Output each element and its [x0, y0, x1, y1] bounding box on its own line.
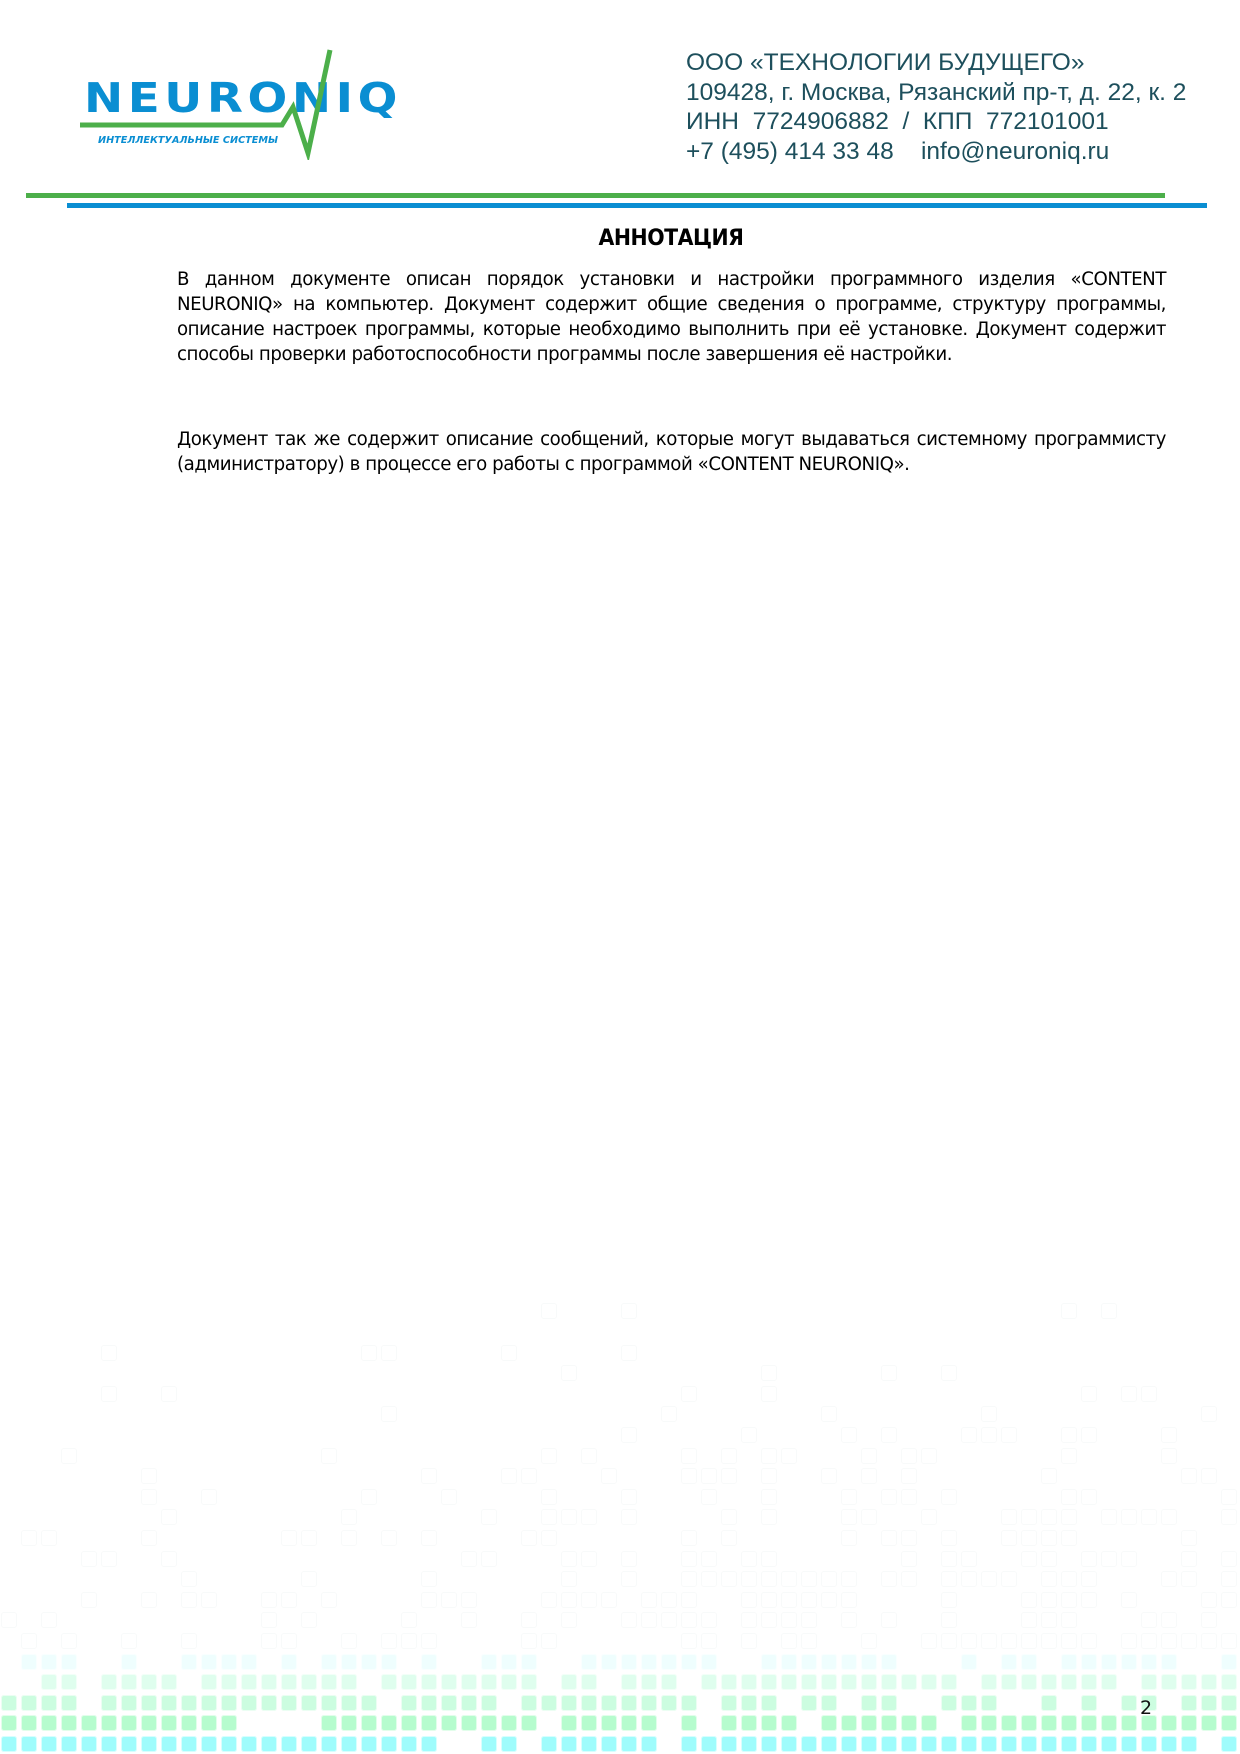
pattern-cell	[1221, 1633, 1237, 1649]
pattern-cell	[961, 1571, 977, 1587]
pattern-cell	[881, 1654, 897, 1670]
pattern-cell	[321, 1695, 337, 1711]
pattern-cell	[1101, 1654, 1117, 1670]
pattern-cell	[821, 1715, 837, 1731]
pattern-cell	[881, 1715, 897, 1731]
pattern-cell	[561, 1612, 577, 1628]
pattern-cell	[561, 1509, 577, 1525]
pattern-cell	[1121, 1736, 1137, 1752]
pattern-cell	[541, 1530, 557, 1546]
pattern-cell	[1121, 1654, 1137, 1670]
pattern-cell	[561, 1736, 577, 1752]
pattern-cell	[1061, 1509, 1077, 1525]
pattern-cell	[1161, 1674, 1177, 1690]
pattern-cell	[1221, 1736, 1237, 1752]
pattern-cell	[381, 1674, 397, 1690]
pattern-cell	[381, 1654, 397, 1670]
pattern-cell	[341, 1509, 357, 1525]
pattern-cell	[461, 1551, 477, 1567]
pattern-cell	[181, 1695, 197, 1711]
pattern-cell	[881, 1530, 897, 1546]
pattern-cell	[741, 1427, 757, 1443]
pattern-cell	[861, 1674, 877, 1690]
pattern-cell	[1041, 1715, 1057, 1731]
pattern-cell	[961, 1551, 977, 1567]
pattern-cell	[641, 1736, 657, 1752]
pattern-cell	[721, 1509, 737, 1525]
pattern-cell	[1181, 1530, 1197, 1546]
pattern-cell	[181, 1633, 197, 1649]
pattern-cell	[461, 1612, 477, 1628]
pattern-cell	[21, 1633, 37, 1649]
pattern-cell	[1161, 1448, 1177, 1464]
pattern-cell	[341, 1695, 357, 1711]
pattern-cell	[1161, 1571, 1177, 1587]
pattern-cell	[961, 1654, 977, 1670]
pattern-cell	[421, 1736, 437, 1752]
pattern-cell	[1141, 1736, 1157, 1752]
pattern-cell	[781, 1654, 797, 1670]
pattern-cell	[541, 1509, 557, 1525]
pattern-cell	[781, 1448, 797, 1464]
pattern-cell	[841, 1509, 857, 1525]
pattern-cell	[621, 1345, 637, 1361]
pattern-cell	[401, 1695, 417, 1711]
pattern-cell	[581, 1592, 597, 1608]
pattern-cell	[941, 1633, 957, 1649]
pattern-cell	[701, 1633, 717, 1649]
pattern-cell	[521, 1674, 537, 1690]
pattern-cell	[861, 1633, 877, 1649]
pattern-cell	[1141, 1633, 1157, 1649]
pattern-cell	[1081, 1571, 1097, 1587]
pattern-cell	[781, 1736, 797, 1752]
pattern-cell	[461, 1715, 477, 1731]
pattern-cell	[701, 1468, 717, 1484]
pattern-cell	[881, 1612, 897, 1628]
pattern-cell	[1041, 1674, 1057, 1690]
pattern-cell	[161, 1695, 177, 1711]
pattern-cell	[521, 1695, 537, 1711]
pattern-cell	[281, 1695, 297, 1711]
pattern-cell	[961, 1427, 977, 1443]
pattern-cell	[1141, 1386, 1157, 1402]
pattern-cell	[241, 1654, 257, 1670]
pattern-cell	[621, 1715, 637, 1731]
pattern-cell	[1001, 1654, 1017, 1670]
pattern-cell	[501, 1736, 517, 1752]
pattern-cell	[1101, 1509, 1117, 1525]
company-address: 109428, г. Москва, Рязанский пр-т, д. 22…	[686, 78, 1186, 108]
pattern-cell	[661, 1654, 677, 1670]
pattern-cell	[1041, 1530, 1057, 1546]
pattern-cell	[381, 1345, 397, 1361]
pattern-cell	[941, 1489, 957, 1505]
pattern-cell	[921, 1633, 937, 1649]
pattern-cell	[21, 1530, 37, 1546]
pattern-cell	[621, 1674, 637, 1690]
pattern-cell	[541, 1592, 557, 1608]
pattern-cell	[941, 1695, 957, 1711]
pattern-cell	[1061, 1715, 1077, 1731]
pattern-cell	[461, 1695, 477, 1711]
pattern-cell	[961, 1695, 977, 1711]
pattern-cell	[661, 1592, 677, 1608]
pattern-cell	[381, 1736, 397, 1752]
pattern-cell	[1001, 1509, 1017, 1525]
pattern-cell	[401, 1736, 417, 1752]
pattern-cell	[541, 1489, 557, 1505]
pattern-cell	[861, 1736, 877, 1752]
pattern-cell	[701, 1736, 717, 1752]
pattern-cell	[1041, 1592, 1057, 1608]
pattern-cell	[1081, 1674, 1097, 1690]
pattern-cell	[141, 1736, 157, 1752]
pattern-cell	[161, 1551, 177, 1567]
pattern-cell	[1221, 1674, 1237, 1690]
pattern-cell	[681, 1386, 697, 1402]
pattern-cell	[921, 1674, 937, 1690]
pattern-cell	[621, 1551, 637, 1567]
pattern-cell	[741, 1674, 757, 1690]
pattern-cell	[221, 1674, 237, 1690]
pattern-cell	[241, 1736, 257, 1752]
pattern-cell	[221, 1695, 237, 1711]
pattern-cell	[661, 1674, 677, 1690]
pattern-cell	[1001, 1530, 1017, 1546]
pattern-cell	[1081, 1551, 1097, 1567]
pattern-cell	[981, 1674, 997, 1690]
pattern-cell	[101, 1345, 117, 1361]
pattern-cell	[381, 1406, 397, 1422]
pattern-cell	[1121, 1633, 1137, 1649]
pattern-cell	[1221, 1551, 1237, 1567]
pattern-cell	[621, 1612, 637, 1628]
pattern-cell	[301, 1530, 317, 1546]
pattern-cell	[141, 1674, 157, 1690]
pattern-cell	[241, 1674, 257, 1690]
pattern-cell	[1021, 1592, 1037, 1608]
pattern-cell	[561, 1674, 577, 1690]
company-tax-ids: ИНН 7724906882 / КПП 772101001	[686, 107, 1186, 137]
pattern-cell	[1081, 1736, 1097, 1752]
annotation-paragraph-1: В данном документе описан порядок устано…	[177, 267, 1166, 367]
pattern-cell	[801, 1571, 817, 1587]
pattern-cell	[181, 1715, 197, 1731]
pattern-cell	[681, 1592, 697, 1608]
pattern-cell	[981, 1427, 997, 1443]
pattern-cell	[821, 1654, 837, 1670]
pattern-cell	[481, 1736, 497, 1752]
pattern-cell	[581, 1448, 597, 1464]
pattern-cell	[1181, 1736, 1197, 1752]
pattern-cell	[41, 1715, 57, 1731]
pattern-cell	[881, 1489, 897, 1505]
pattern-cell	[81, 1551, 97, 1567]
pattern-cell	[941, 1592, 957, 1608]
pattern-cell	[221, 1654, 237, 1670]
pattern-cell	[1001, 1571, 1017, 1587]
pattern-cell	[481, 1715, 497, 1731]
pattern-cell	[781, 1715, 797, 1731]
pattern-cell	[441, 1695, 457, 1711]
pattern-cell	[781, 1674, 797, 1690]
pattern-cell	[1101, 1303, 1117, 1319]
pattern-cell	[1041, 1612, 1057, 1628]
pattern-cell	[81, 1592, 97, 1608]
pattern-cell	[801, 1736, 817, 1752]
pattern-cell	[721, 1448, 737, 1464]
pattern-cell	[861, 1654, 877, 1670]
pattern-cell	[461, 1592, 477, 1608]
pattern-cell	[1001, 1633, 1017, 1649]
pattern-cell	[921, 1448, 937, 1464]
pattern-cell	[201, 1654, 217, 1670]
pattern-cell	[1101, 1736, 1117, 1752]
pattern-cell	[361, 1654, 377, 1670]
pattern-cell	[621, 1571, 637, 1587]
pattern-cell	[861, 1509, 877, 1525]
pattern-cell	[861, 1695, 877, 1711]
pattern-cell	[821, 1592, 837, 1608]
pattern-cell	[1181, 1715, 1197, 1731]
pattern-cell	[1041, 1736, 1057, 1752]
pattern-cell	[481, 1551, 497, 1567]
pattern-cell	[81, 1736, 97, 1752]
pattern-cell	[821, 1468, 837, 1484]
logo-wordmark: NEURONIQ	[84, 74, 402, 122]
pattern-cell	[161, 1736, 177, 1752]
pattern-cell	[41, 1612, 57, 1628]
pattern-cell	[841, 1654, 857, 1670]
pattern-cell	[141, 1468, 157, 1484]
pattern-cell	[701, 1654, 717, 1670]
pattern-cell	[981, 1571, 997, 1587]
pattern-cell	[1, 1695, 17, 1711]
pattern-cell	[661, 1406, 677, 1422]
pattern-cell	[501, 1345, 517, 1361]
pattern-cell	[361, 1489, 377, 1505]
pattern-cell	[901, 1571, 917, 1587]
pattern-cell	[161, 1715, 177, 1731]
pattern-cell	[601, 1468, 617, 1484]
pattern-cell	[721, 1695, 737, 1711]
pattern-cell	[1141, 1509, 1157, 1525]
pattern-cell	[821, 1406, 837, 1422]
pattern-cell	[621, 1695, 637, 1711]
pattern-cell	[861, 1468, 877, 1484]
pattern-cell	[421, 1715, 437, 1731]
pattern-cell	[661, 1695, 677, 1711]
pattern-cell	[741, 1571, 757, 1587]
pattern-cell	[1141, 1612, 1157, 1628]
pattern-cell	[761, 1386, 777, 1402]
pattern-cell	[1041, 1468, 1057, 1484]
pattern-cell	[801, 1674, 817, 1690]
pattern-cell	[1061, 1674, 1077, 1690]
pattern-cell	[561, 1551, 577, 1567]
pattern-cell	[561, 1715, 577, 1731]
pattern-cell	[981, 1736, 997, 1752]
pattern-cell	[581, 1674, 597, 1690]
pattern-cell	[1061, 1427, 1077, 1443]
pattern-cell	[1081, 1489, 1097, 1505]
pattern-cell	[961, 1736, 977, 1752]
pattern-cell	[61, 1736, 77, 1752]
pattern-cell	[141, 1489, 157, 1505]
pattern-cell	[681, 1736, 697, 1752]
pattern-cell	[341, 1715, 357, 1731]
pattern-cell	[1, 1715, 17, 1731]
pattern-cell	[761, 1468, 777, 1484]
pattern-cell	[301, 1736, 317, 1752]
pattern-cell	[261, 1612, 277, 1628]
pattern-cell	[841, 1612, 857, 1628]
pattern-cell	[1181, 1551, 1197, 1567]
pattern-cell	[821, 1736, 837, 1752]
pattern-cell	[621, 1509, 637, 1525]
pattern-cell	[121, 1736, 137, 1752]
pattern-cell	[721, 1468, 737, 1484]
pattern-cell	[761, 1551, 777, 1567]
pattern-cell	[841, 1427, 857, 1443]
pattern-cell	[741, 1612, 757, 1628]
pattern-cell	[421, 1674, 437, 1690]
pattern-cell	[281, 1674, 297, 1690]
pattern-cell	[61, 1654, 77, 1670]
pattern-cell	[321, 1736, 337, 1752]
pattern-cell	[421, 1571, 437, 1587]
pattern-cell	[281, 1654, 297, 1670]
pattern-cell	[601, 1715, 617, 1731]
pattern-cell	[1221, 1489, 1237, 1505]
pattern-cell	[561, 1365, 577, 1381]
pattern-cell	[1061, 1303, 1077, 1319]
pattern-cell	[761, 1509, 777, 1525]
pattern-cell	[681, 1448, 697, 1464]
pattern-cell	[21, 1736, 37, 1752]
pattern-cell	[1201, 1468, 1217, 1484]
pattern-cell	[481, 1674, 497, 1690]
pattern-cell	[361, 1695, 377, 1711]
pattern-cell	[61, 1715, 77, 1731]
pattern-cell	[101, 1674, 117, 1690]
pattern-cell	[1221, 1715, 1237, 1731]
pattern-cell	[461, 1674, 477, 1690]
pattern-cell	[701, 1571, 717, 1587]
pattern-cell	[301, 1695, 317, 1711]
pattern-cell	[601, 1736, 617, 1752]
pattern-cell	[341, 1530, 357, 1546]
pattern-cell	[701, 1674, 717, 1690]
pattern-cell	[141, 1715, 157, 1731]
pattern-cell	[801, 1612, 817, 1628]
pattern-cell	[821, 1695, 837, 1711]
pattern-cell	[81, 1715, 97, 1731]
pattern-cell	[61, 1633, 77, 1649]
pattern-cell	[1201, 1633, 1217, 1649]
pattern-cell	[761, 1612, 777, 1628]
pattern-cell	[781, 1571, 797, 1587]
pattern-cell	[321, 1674, 337, 1690]
pattern-cell	[1161, 1633, 1177, 1649]
pattern-cell	[421, 1654, 437, 1670]
pattern-cell	[581, 1551, 597, 1567]
pattern-cell	[721, 1571, 737, 1587]
pattern-cell	[1021, 1674, 1037, 1690]
pattern-cell	[681, 1695, 697, 1711]
pattern-cell	[1061, 1654, 1077, 1670]
pattern-cell	[681, 1468, 697, 1484]
pattern-cell	[601, 1695, 617, 1711]
pattern-cell	[761, 1674, 777, 1690]
pattern-cell	[421, 1530, 437, 1546]
pattern-cell	[1081, 1695, 1097, 1711]
pattern-cell	[761, 1592, 777, 1608]
pattern-cell	[921, 1736, 937, 1752]
pattern-cell	[1021, 1509, 1037, 1525]
pattern-cell	[881, 1365, 897, 1381]
pattern-cell	[1121, 1509, 1137, 1525]
pattern-cell	[1081, 1654, 1097, 1670]
pattern-cell	[781, 1633, 797, 1649]
pattern-cell	[1061, 1571, 1077, 1587]
pattern-cell	[621, 1427, 637, 1443]
footer-pattern	[0, 1300, 1240, 1754]
pattern-cell	[201, 1592, 217, 1608]
pattern-cell	[1061, 1633, 1077, 1649]
pattern-cell	[781, 1612, 797, 1628]
pattern-cell	[641, 1612, 657, 1628]
pattern-cell	[901, 1489, 917, 1505]
pattern-cell	[321, 1654, 337, 1670]
pattern-cell	[1081, 1633, 1097, 1649]
pattern-cell	[281, 1530, 297, 1546]
page-number: 2	[1140, 1697, 1152, 1719]
pattern-cell	[201, 1695, 217, 1711]
pattern-cell	[341, 1736, 357, 1752]
pattern-cell	[261, 1592, 277, 1608]
pattern-cell	[301, 1612, 317, 1628]
pattern-cell	[901, 1530, 917, 1546]
pattern-cell	[361, 1345, 377, 1361]
pattern-cell	[761, 1715, 777, 1731]
pattern-cell	[261, 1674, 277, 1690]
pattern-cell	[1101, 1551, 1117, 1567]
pattern-cell	[41, 1736, 57, 1752]
pattern-cell	[581, 1695, 597, 1711]
pattern-cell	[841, 1736, 857, 1752]
pattern-cell	[321, 1592, 337, 1608]
pattern-cell	[61, 1674, 77, 1690]
pattern-cell	[901, 1448, 917, 1464]
pattern-cell	[361, 1736, 377, 1752]
pattern-cell	[941, 1674, 957, 1690]
pattern-cell	[141, 1695, 157, 1711]
company-details: ООО «ТЕХНОЛОГИИ БУДУЩЕГО» 109428, г. Мос…	[686, 48, 1186, 166]
pattern-cell	[421, 1592, 437, 1608]
pattern-cell	[121, 1674, 137, 1690]
pattern-cell	[641, 1695, 657, 1711]
pattern-cell	[961, 1715, 977, 1731]
pattern-cell	[1021, 1715, 1037, 1731]
pattern-cell	[1061, 1530, 1077, 1546]
pattern-cell	[561, 1571, 577, 1587]
pattern-cell	[341, 1654, 357, 1670]
pattern-cell	[761, 1489, 777, 1505]
pattern-cell	[401, 1612, 417, 1628]
pattern-cell	[521, 1612, 537, 1628]
